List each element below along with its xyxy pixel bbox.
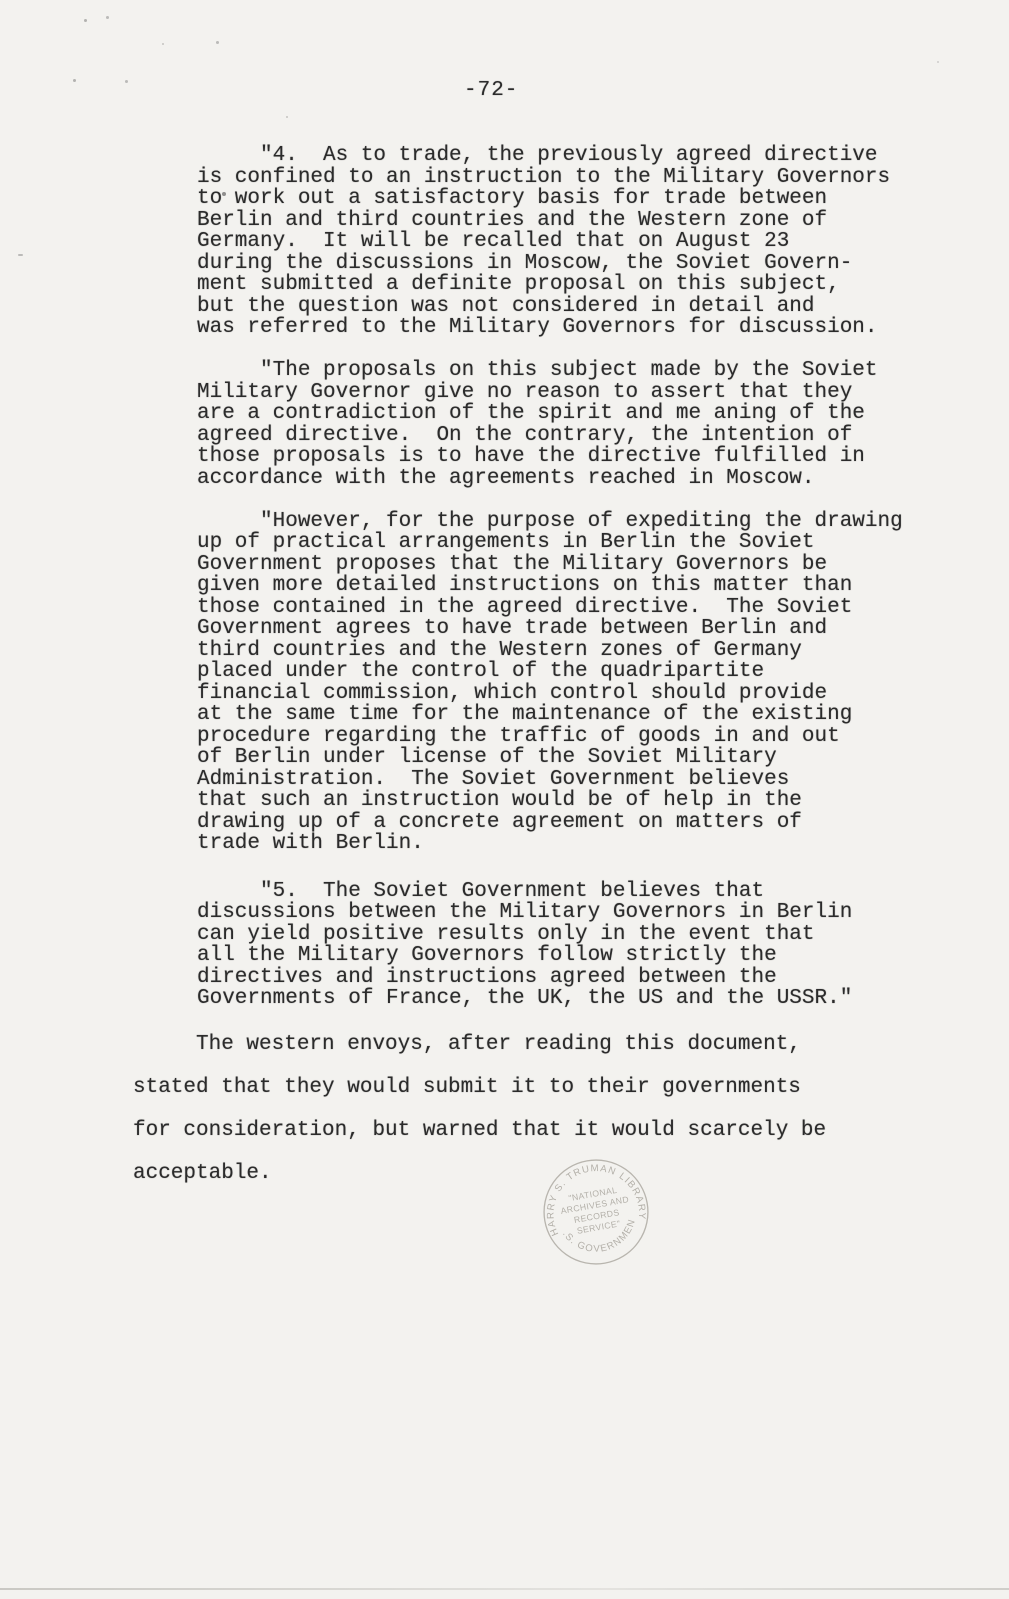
paper-speck — [216, 41, 219, 44]
paper-speck — [125, 80, 128, 83]
page-number: -72- — [464, 80, 518, 102]
paper-speck — [222, 192, 226, 196]
paper-speck — [18, 254, 23, 256]
paper-speck — [286, 116, 288, 118]
paragraph-quote-point-5: "5. The Soviet Government believes that … — [133, 881, 953, 1010]
paper-speck — [84, 19, 87, 22]
paper-crease — [0, 1588, 1009, 1590]
paper-speck — [162, 43, 164, 45]
document-page: -72- "4. As to trade, the previously agr… — [0, 0, 1009, 1599]
paper-speck — [106, 16, 109, 19]
paper-speck — [73, 79, 76, 82]
paragraph-quote-point-4: "4. As to trade, the previously agreed d… — [133, 145, 953, 339]
paper-speck — [937, 61, 939, 63]
paragraph-quote-however: "However, for the purpose of expediting … — [133, 511, 953, 855]
document-text: "4. As to trade, the previously agreed d… — [133, 145, 953, 1217]
paragraph-quote-proposals: "The proposals on this subject made by t… — [133, 360, 953, 489]
truman-library-stamp: HARRY S. TRUMAN LIBRARY U.S. GOVERNMENT … — [531, 1147, 661, 1277]
